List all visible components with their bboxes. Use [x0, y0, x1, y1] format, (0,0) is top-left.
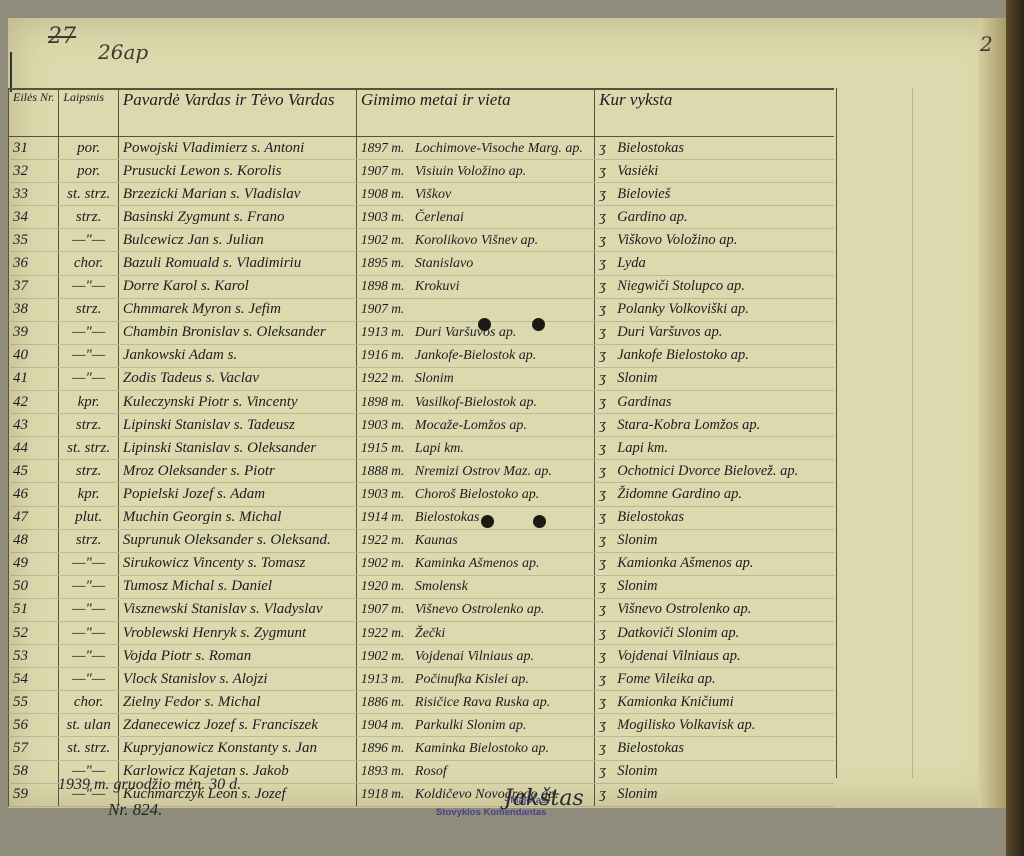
cell-birth: 1896 m.Kaminka Bielostoko ap. [356, 737, 594, 760]
cell-destination: ʒBielostokas [595, 737, 834, 760]
dash-mark-icon: ʒ [599, 186, 617, 203]
cell-birth: 1922 m.Žečki [356, 621, 594, 644]
cell-nr: 37 [9, 275, 59, 298]
document-number: Nr. 824. [108, 800, 162, 820]
cell-name: Visznewski Stanislav s. Vladyslav [118, 598, 356, 621]
cell-birth: 1895 m.Stanislavo [356, 252, 594, 275]
cell-rank: chor. [59, 691, 119, 714]
cell-destination: ʒLapi km. [595, 437, 834, 460]
cell-destination: ʒBielovieš [595, 183, 834, 206]
cell-rank: strz. [59, 206, 119, 229]
destination: Bielovieš [617, 186, 670, 202]
cell-name: Zdanecewicz Jozef s. Franciszek [118, 714, 356, 737]
cell-destination: ʒBielostokas [595, 137, 834, 160]
cell-name: Dorre Karol s. Karol [118, 275, 356, 298]
personnel-register-table: Eilės Nr. Laipsnis Pavardė Vardas ir Tėv… [8, 88, 834, 807]
cell-name: Lipinski Stanislav s. Tadeusz [118, 414, 356, 437]
table-row: 48strz.Suprunuk Oleksander s. Oleksand.1… [9, 529, 835, 552]
cell-name: Bazuli Romuald s. Vladimiriu [118, 252, 356, 275]
cell-nr: 41 [9, 367, 59, 390]
corner-mark: 2 [980, 32, 993, 56]
cell-name: Chmmarek Myron s. Jefim [118, 298, 356, 321]
birth-place: Kaunas [415, 533, 458, 548]
dash-mark-icon: ʒ [599, 140, 617, 157]
cell-destination: ʒKamionka Kničiumi [595, 691, 834, 714]
birth-year: 1903 m. [361, 209, 415, 225]
birth-place: Korolikovo Višnev ap. [415, 233, 538, 248]
cell-nr: 34 [9, 206, 59, 229]
dash-mark-icon: ʒ [599, 486, 617, 503]
cell-name: Zodis Tadeus s. Vaclav [118, 367, 356, 390]
cell-name: Prusucki Lewon s. Korolis [118, 160, 356, 183]
cell-birth: 1888 m.Nremizi Ostrov Maz. ap. [356, 460, 594, 483]
cell-destination: ʒVojdenai Vilniaus ap. [595, 645, 834, 668]
cell-birth: 1915 m.Lapi km. [356, 437, 594, 460]
cell-name: Popielski Jozef s. Adam [118, 483, 356, 506]
page-number: 26ap [98, 40, 148, 64]
dash-mark-icon: ʒ [599, 740, 617, 757]
birth-year: 1896 m. [361, 740, 415, 756]
cell-rank: —"— [59, 668, 119, 691]
margin-mark [10, 52, 12, 92]
birth-year: 1898 m. [361, 394, 415, 410]
birth-place: Viškov [415, 187, 451, 202]
cell-name: Basinski Zygmunt s. Frano [118, 206, 356, 229]
dash-mark-icon: ʒ [599, 625, 617, 642]
birth-year: 1922 m. [361, 532, 415, 548]
table-row: 57st. strz.Kupryjanowicz Konstanty s. Ja… [9, 737, 835, 760]
cell-birth: 1902 m.Vojdenai Vilniaus ap. [356, 645, 594, 668]
table-row: 36chor.Bazuli Romuald s. Vladimiriu1895 … [9, 252, 835, 275]
destination: Židomne Gardino ap. [617, 486, 742, 502]
cell-destination: ʒLyda [595, 252, 834, 275]
dash-mark-icon: ʒ [599, 440, 617, 457]
cell-nr: 55 [9, 691, 59, 714]
cell-nr: 52 [9, 621, 59, 644]
cell-destination: ʒVasiėki [595, 160, 834, 183]
cell-nr: 31 [9, 137, 59, 160]
cell-rank: —"— [59, 321, 119, 344]
cell-birth: 1902 m.Kaminka Ašmenos ap. [356, 552, 594, 575]
table-row: 35—"—Bulcewicz Jan s. Julian1902 m.Korol… [9, 229, 835, 252]
birth-place: Jankofe-Bielostok ap. [415, 348, 536, 363]
destination: Mogilisko Volkavisk ap. [617, 717, 755, 733]
destination: Vasiėki [617, 163, 658, 179]
destination: Bielostokas [617, 740, 684, 756]
dash-mark-icon: ʒ [599, 370, 617, 387]
birth-place: Parkulki Slonim ap. [415, 718, 527, 733]
column-header-name: Pavardė Vardas ir Tėvo Vardas [118, 89, 356, 137]
cell-nr: 45 [9, 460, 59, 483]
destination: Višnevo Ostrolenko ap. [617, 601, 751, 617]
birth-year: 1918 m. [361, 786, 415, 802]
cell-destination: ʒPolanky Volkoviški ap. [595, 298, 834, 321]
cell-rank: kpr. [59, 483, 119, 506]
table-row: 52—"—Vroblewski Henryk s. Zygmunt1922 m.… [9, 621, 835, 644]
birth-place: Visiuin Voložino ap. [415, 164, 526, 179]
cell-birth: 1898 m.Vasilkof-Bielostok ap. [356, 391, 594, 414]
cell-destination: ʒOchotnici Dvorce Bielovež. ap. [595, 460, 834, 483]
birth-place: Smolensk [415, 579, 468, 594]
birth-place: Duri Varšuvos ap. [415, 325, 517, 340]
cell-destination: ʒNiegwiči Stolupco ap. [595, 275, 834, 298]
cell-nr: 42 [9, 391, 59, 414]
dash-mark-icon: ʒ [599, 232, 617, 249]
destination: Duri Varšuvos ap. [617, 324, 722, 340]
birth-place: Risičice Rava Ruska ap. [415, 695, 550, 710]
cell-birth: 1916 m.Jankofe-Bielostok ap. [356, 344, 594, 367]
birth-year: 1895 m. [361, 255, 415, 271]
table-row: 32por.Prusucki Lewon s. Korolis1907 m.Vi… [9, 160, 835, 183]
table-row: 41—"—Zodis Tadeus s. Vaclav1922 m.Slonim… [9, 367, 835, 390]
birth-year: 1903 m. [361, 417, 415, 433]
birth-place: Lapi km. [415, 441, 464, 456]
birth-place: Mocaže-Lomžos ap. [415, 418, 527, 433]
table-row: 34strz.Basinski Zygmunt s. Frano1903 m.Č… [9, 206, 835, 229]
birth-year: 1907 m. [361, 601, 415, 617]
destination: Lyda [617, 255, 646, 271]
birth-place: Krokuvi [415, 279, 460, 294]
dash-mark-icon: ʒ [599, 717, 617, 734]
cell-birth: 1893 m.Rosof [356, 760, 594, 783]
birth-place: Rosof [415, 764, 447, 779]
birth-place: Stanislavo [415, 256, 473, 271]
birth-year: 1904 m. [361, 717, 415, 733]
cell-rank: por. [59, 137, 119, 160]
birth-place: Vasilkof-Bielostok ap. [415, 395, 537, 410]
table-row: 47plut.Muchin Georgin s. Michal1914 m.Bi… [9, 506, 835, 529]
cell-destination: ʒDuri Varšuvos ap. [595, 321, 834, 344]
cell-name: Bulcewicz Jan s. Julian [118, 229, 356, 252]
cell-nr: 43 [9, 414, 59, 437]
destination: Bielostokas [617, 140, 684, 156]
cell-destination: ʒBielostokas [595, 506, 834, 529]
cell-name: Tumosz Michal s. Daniel [118, 575, 356, 598]
cell-nr: 54 [9, 668, 59, 691]
dash-mark-icon: ʒ [599, 278, 617, 295]
birth-place: Čerlenai [415, 210, 464, 225]
cell-name: Mroz Oleksander s. Piotr [118, 460, 356, 483]
dash-mark-icon: ʒ [599, 786, 617, 803]
birth-place: Višnevo Ostrolenko ap. [415, 602, 544, 617]
birth-year: 1903 m. [361, 486, 415, 502]
cell-nr: 51 [9, 598, 59, 621]
cell-name: Brzezicki Marian s. Vladislav [118, 183, 356, 206]
cell-destination: ʒSlonim [595, 783, 834, 806]
destination: Datkoviči Slonim ap. [617, 625, 739, 641]
cell-destination: ʒSlonim [595, 760, 834, 783]
birth-year: 1913 m. [361, 324, 415, 340]
cell-name: Muchin Georgin s. Michal [118, 506, 356, 529]
cell-destination: ʒGardinas [595, 391, 834, 414]
table-row: 45strz.Mroz Oleksander s. Piotr1888 m.Nr… [9, 460, 835, 483]
column-divider [912, 88, 913, 778]
cell-nr: 44 [9, 437, 59, 460]
table-row: 51—"—Visznewski Stanislav s. Vladyslav19… [9, 598, 835, 621]
cell-birth: 1913 m.Počinufka Kislei ap. [356, 668, 594, 691]
cell-rank: st. ulan [59, 714, 119, 737]
cell-name: Vlock Stanislov s. Alojzi [118, 668, 356, 691]
page-edge [978, 18, 1006, 808]
destination: Kamionka Kničiumi [617, 694, 733, 710]
birth-year: 1888 m. [361, 463, 415, 479]
birth-year: 1916 m. [361, 347, 415, 363]
cell-birth: 1904 m.Parkulki Slonim ap. [356, 714, 594, 737]
cell-destination: ʒStara-Kobra Lomžos ap. [595, 414, 834, 437]
book-binding [1006, 0, 1024, 856]
cell-nr: 33 [9, 183, 59, 206]
cell-nr: 35 [9, 229, 59, 252]
birth-place: Počinufka Kislei ap. [415, 672, 529, 687]
birth-year: 1898 m. [361, 278, 415, 294]
table-row: 56st. ulanZdanecewicz Jozef s. Francisze… [9, 714, 835, 737]
dash-mark-icon: ʒ [599, 694, 617, 711]
cell-rank: —"— [59, 645, 119, 668]
cell-destination: ʒJankofe Bielostoko ap. [595, 344, 834, 367]
cell-birth: 1903 m.Mocaže-Lomžos ap. [356, 414, 594, 437]
cell-birth: 1903 m.Čerlenai [356, 206, 594, 229]
cell-destination: ʒSlonim [595, 367, 834, 390]
cell-nr: 58 [9, 760, 59, 783]
birth-year: 1902 m. [361, 648, 415, 664]
cell-destination: ʒMogilisko Volkavisk ap. [595, 714, 834, 737]
column-header-birth: Gimimo metai ir vieta [356, 89, 594, 137]
cell-destination: ʒViškovo Voložino ap. [595, 229, 834, 252]
destination: Slonim [617, 786, 657, 802]
cell-rank: —"— [59, 575, 119, 598]
dash-mark-icon: ʒ [599, 463, 617, 480]
table-row: 40—"—Jankowski Adam s.1916 m.Jankofe-Bie… [9, 344, 835, 367]
cell-name: Kupryjanowicz Konstanty s. Jan [118, 737, 356, 760]
destination: Slonim [617, 578, 657, 594]
column-header-nr: Eilės Nr. [9, 89, 59, 137]
cell-nr: 57 [9, 737, 59, 760]
birth-place: Kaminka Bielostoko ap. [415, 741, 549, 756]
column-header-destination: Kur vyksta [595, 89, 834, 137]
birth-place: Vojdenai Vilniaus ap. [415, 649, 534, 664]
table-row: 46kpr.Popielski Jozef s. Adam1903 m.Chor… [9, 483, 835, 506]
cell-nr: 48 [9, 529, 59, 552]
cell-destination: ʒFome Vileika ap. [595, 668, 834, 691]
destination: Gardinas [617, 394, 671, 410]
cell-rank: plut. [59, 506, 119, 529]
cell-birth: 1907 m. [356, 298, 594, 321]
dash-mark-icon: ʒ [599, 255, 617, 272]
birth-year: 1920 m. [361, 578, 415, 594]
cell-name: Powojski Vladimierz s. Antoni [118, 137, 356, 160]
punch-hole [533, 515, 546, 528]
destination: Viškovo Voložino ap. [617, 232, 737, 248]
punch-hole [481, 515, 494, 528]
cell-rank: st. strz. [59, 183, 119, 206]
cell-rank: strz. [59, 460, 119, 483]
cell-name: Kuleczynski Piotr s. Vincenty [118, 391, 356, 414]
dash-mark-icon: ʒ [599, 301, 617, 318]
cell-name: Jankowski Adam s. [118, 344, 356, 367]
cell-rank: —"— [59, 275, 119, 298]
cell-destination: ʒGardino ap. [595, 206, 834, 229]
cell-nr: 39 [9, 321, 59, 344]
birth-year: 1915 m. [361, 440, 415, 456]
destination: Slonim [617, 370, 657, 386]
document-date: 1939 m. gruodžio mėn. 30 d. [58, 776, 241, 794]
dash-mark-icon: ʒ [599, 209, 617, 226]
cell-destination: ʒDatkoviči Slonim ap. [595, 621, 834, 644]
cell-nr: 40 [9, 344, 59, 367]
destination: Niegwiči Stolupco ap. [617, 278, 745, 294]
destination: Lapi km. [617, 440, 668, 456]
birth-year: 1893 m. [361, 763, 415, 779]
cell-destination: ʒŽidomne Gardino ap. [595, 483, 834, 506]
dash-mark-icon: ʒ [599, 671, 617, 688]
cell-destination: ʒVišnevo Ostrolenko ap. [595, 598, 834, 621]
cell-name: Vroblewski Henryk s. Zygmunt [118, 621, 356, 644]
birth-place: Choroš Bielostoko ap. [415, 487, 539, 502]
birth-year: 1908 m. [361, 186, 415, 202]
table-row: 53—"—Vojda Piotr s. Roman1902 m.Vojdenai… [9, 645, 835, 668]
destination: Bielostokas [617, 509, 684, 525]
cell-nr: 47 [9, 506, 59, 529]
birth-year: 1902 m. [361, 555, 415, 571]
birth-year: 1907 m. [361, 301, 415, 317]
table-row: 31por.Powojski Vladimierz s. Antoni1897 … [9, 137, 835, 160]
signature: Jakštas [504, 786, 584, 811]
cell-rank: strz. [59, 298, 119, 321]
destination: Slonim [617, 532, 657, 548]
birth-place: Žečki [415, 626, 445, 641]
birth-year: 1886 m. [361, 694, 415, 710]
table-row: 42kpr.Kuleczynski Piotr s. Vincenty1898 … [9, 391, 835, 414]
table-row: 43strz.Lipinski Stanislav s. Tadeusz1903… [9, 414, 835, 437]
birth-year: 1922 m. [361, 625, 415, 641]
destination: Stara-Kobra Lomžos ap. [617, 417, 760, 433]
table-row: 50—"—Tumosz Michal s. Daniel1920 m.Smole… [9, 575, 835, 598]
destination: Ochotnici Dvorce Bielovež. ap. [617, 463, 798, 479]
cell-name: Sirukowicz Vincenty s. Tomasz [118, 552, 356, 575]
punch-hole [478, 318, 491, 331]
cell-rank: strz. [59, 414, 119, 437]
dash-mark-icon: ʒ [599, 601, 617, 618]
cell-birth: 1908 m.Viškov [356, 183, 594, 206]
birth-place: Bielostokas [415, 510, 480, 525]
cell-destination: ʒSlonim [595, 575, 834, 598]
cell-birth: 1907 m.Višnevo Ostrolenko ap. [356, 598, 594, 621]
cell-rank: chor. [59, 252, 119, 275]
cell-destination: ʒSlonim [595, 529, 834, 552]
table-header-row: Eilės Nr. Laipsnis Pavardė Vardas ir Tėv… [9, 89, 835, 137]
cell-nr: 56 [9, 714, 59, 737]
cell-rank: st. strz. [59, 737, 119, 760]
cell-nr: 59 [9, 783, 59, 806]
table-row: 37—"—Dorre Karol s. Karol1898 m.Krokuviʒ… [9, 275, 835, 298]
cell-nr: 50 [9, 575, 59, 598]
birth-year: 1922 m. [361, 370, 415, 386]
dash-mark-icon: ʒ [599, 509, 617, 526]
birth-place: Lochimove-Visoche Marg. ap. [415, 141, 583, 156]
cell-nr: 53 [9, 645, 59, 668]
cell-rank: —"— [59, 621, 119, 644]
cell-nr: 46 [9, 483, 59, 506]
cell-birth: 1902 m.Korolikovo Višnev ap. [356, 229, 594, 252]
cell-rank: —"— [59, 229, 119, 252]
page-number-crossed: 27 [48, 24, 76, 49]
table-row: 54—"—Vlock Stanislov s. Alojzi1913 m.Poč… [9, 668, 835, 691]
cell-birth: 1914 m.Bielostokas [356, 506, 594, 529]
dash-mark-icon: ʒ [599, 763, 617, 780]
birth-year: 1902 m. [361, 232, 415, 248]
dash-mark-icon: ʒ [599, 163, 617, 180]
dash-mark-icon: ʒ [599, 648, 617, 665]
dash-mark-icon: ʒ [599, 555, 617, 572]
cell-nr: 32 [9, 160, 59, 183]
punch-hole [532, 318, 545, 331]
cell-name: Vojda Piotr s. Roman [118, 645, 356, 668]
cell-rank: —"— [59, 344, 119, 367]
dash-mark-icon: ʒ [599, 347, 617, 364]
dash-mark-icon: ʒ [599, 417, 617, 434]
cell-birth: 1907 m.Visiuin Voložino ap. [356, 160, 594, 183]
birth-year: 1897 m. [361, 140, 415, 156]
cell-nr: 49 [9, 552, 59, 575]
table-row: 33st. strz.Brzezicki Marian s. Vladislav… [9, 183, 835, 206]
cell-birth: 1913 m.Duri Varšuvos ap. [356, 321, 594, 344]
column-header-rank: Laipsnis [59, 89, 119, 137]
cell-birth: 1898 m.Krokuvi [356, 275, 594, 298]
destination: Slonim [617, 763, 657, 779]
cell-nr: 38 [9, 298, 59, 321]
destination: Fome Vileika ap. [617, 671, 715, 687]
cell-birth: 1903 m.Choroš Bielostoko ap. [356, 483, 594, 506]
dash-mark-icon: ʒ [599, 578, 617, 595]
dash-mark-icon: ʒ [599, 324, 617, 341]
birth-place: Slonim [415, 371, 454, 386]
cell-nr: 36 [9, 252, 59, 275]
cell-rank: —"— [59, 367, 119, 390]
birth-year: 1907 m. [361, 163, 415, 179]
cell-name: Chambin Bronislav s. Oleksander [118, 321, 356, 344]
cell-name: Suprunuk Oleksander s. Oleksand. [118, 529, 356, 552]
cell-destination: ʒKamionka Ašmenos ap. [595, 552, 834, 575]
table-row: 55chor.Zielny Fedor s. Michal1886 m.Risi… [9, 691, 835, 714]
table-row: 38strz.Chmmarek Myron s. Jefim1907 m.ʒPo… [9, 298, 835, 321]
cell-name: Zielny Fedor s. Michal [118, 691, 356, 714]
cell-birth: 1886 m.Risičice Rava Ruska ap. [356, 691, 594, 714]
table-row: 49—"—Sirukowicz Vincenty s. Tomasz1902 m… [9, 552, 835, 575]
cell-birth: 1920 m.Smolensk [356, 575, 594, 598]
birth-year: 1914 m. [361, 509, 415, 525]
cell-rank: st. strz. [59, 437, 119, 460]
destination: Gardino ap. [617, 209, 687, 225]
birth-place: Kaminka Ašmenos ap. [415, 556, 540, 571]
birth-place: Nremizi Ostrov Maz. ap. [415, 464, 552, 479]
table-row: 39—"—Chambin Bronislav s. Oleksander1913… [9, 321, 835, 344]
cell-birth: 1897 m.Lochimove-Visoche Marg. ap. [356, 137, 594, 160]
cell-rank: —"— [59, 552, 119, 575]
destination: Polanky Volkoviški ap. [617, 301, 749, 317]
destination: Vojdenai Vilniaus ap. [617, 648, 740, 664]
table-row: 44st. strz.Lipinski Stanislav s. Oleksan… [9, 437, 835, 460]
cell-rank: kpr. [59, 391, 119, 414]
dash-mark-icon: ʒ [599, 532, 617, 549]
birth-year: 1913 m. [361, 671, 415, 687]
destination: Kamionka Ašmenos ap. [617, 555, 753, 571]
cell-name: Lipinski Stanislav s. Oleksander [118, 437, 356, 460]
dash-mark-icon: ʒ [599, 394, 617, 411]
cell-rank: —"— [59, 598, 119, 621]
cell-rank: por. [59, 160, 119, 183]
cell-birth: 1922 m.Slonim [356, 367, 594, 390]
cell-rank: strz. [59, 529, 119, 552]
